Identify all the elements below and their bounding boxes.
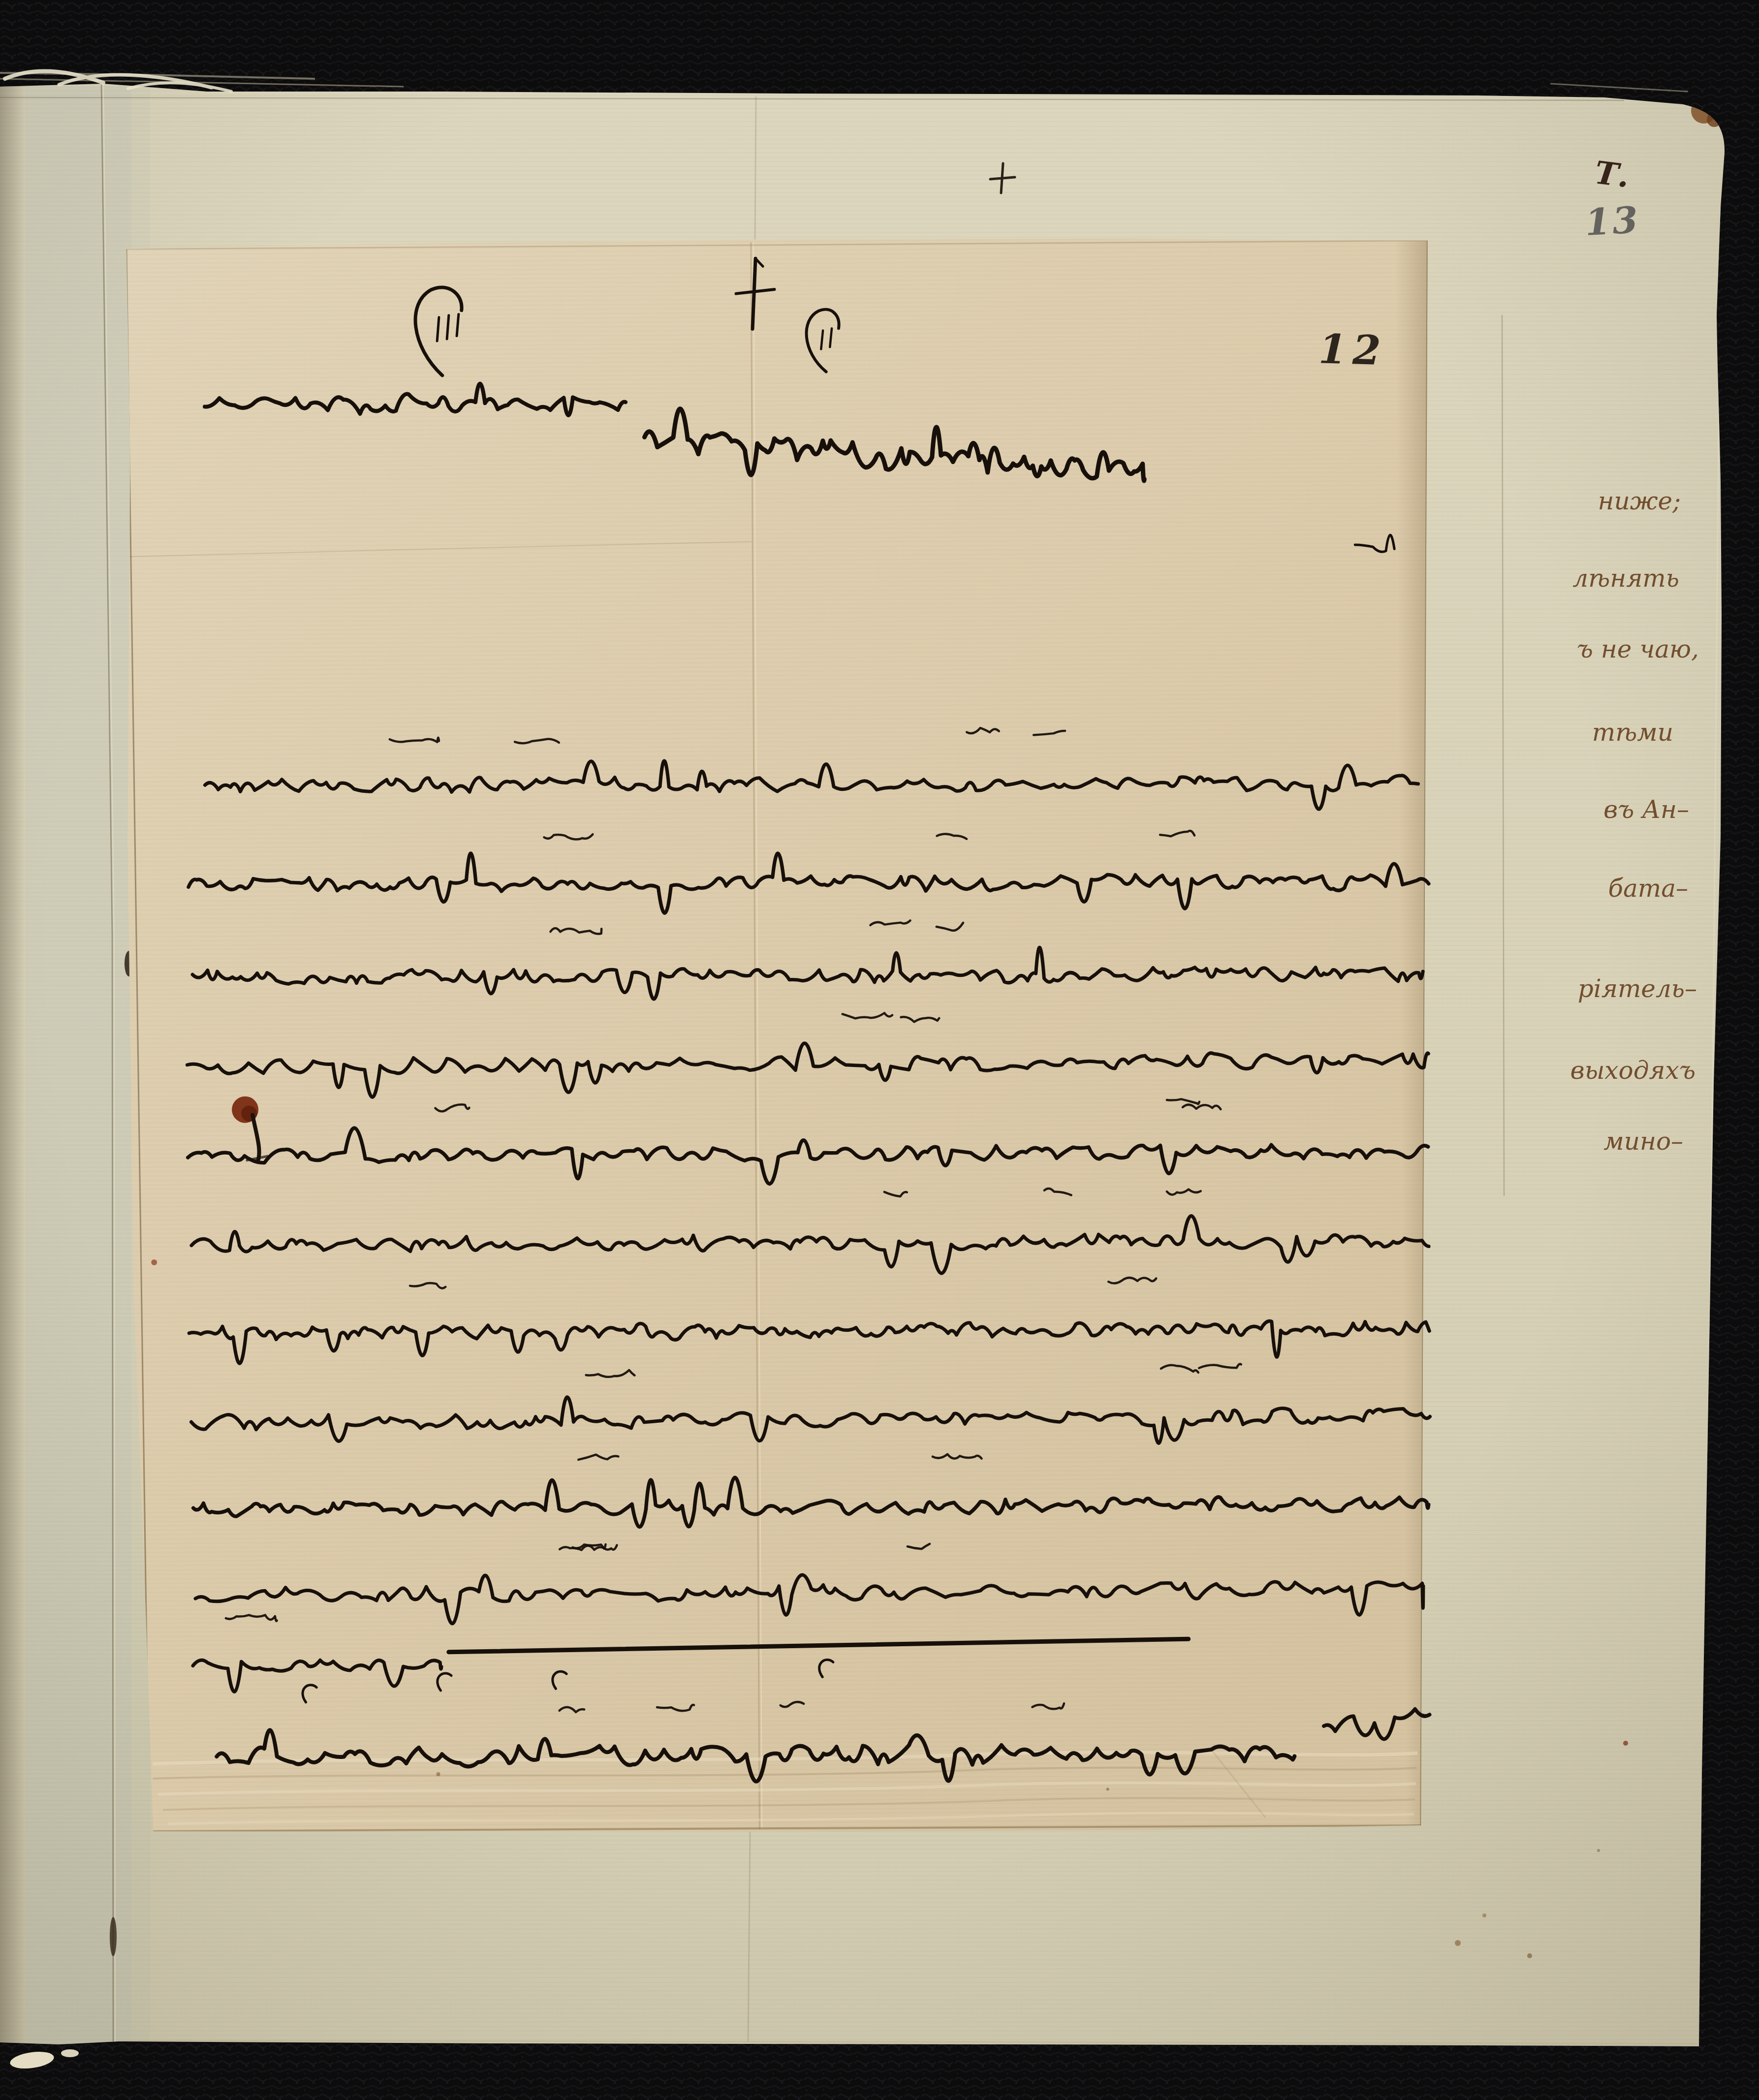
- manuscript-scene: Т. 13 ниже; лѣнять ъ не чаю, тѣми въ Ан–…: [0, 0, 1759, 2100]
- brown-speck: [1455, 1940, 1461, 1946]
- volume-letter-mark: Т.: [1593, 154, 1632, 195]
- facing-fragment: ріятель–: [1578, 974, 1697, 1003]
- brown-speck: [1106, 1787, 1109, 1790]
- brown-speck: [1597, 1849, 1600, 1852]
- paper-speck-on-cover: [61, 2049, 79, 2057]
- facing-fragment: тѣми: [1592, 718, 1673, 747]
- facing-fragment: бата–: [1608, 874, 1688, 903]
- facing-fragment: въ Ан–: [1603, 795, 1689, 824]
- gutter-shadow: [0, 84, 27, 2052]
- facing-fragment: ниже;: [1598, 487, 1681, 515]
- brown-speck: [1527, 1953, 1532, 1958]
- manuscript-photo: Т. 13 ниже; лѣнять ъ не чаю, тѣми въ Ан–…: [0, 0, 1759, 2100]
- brown-speck: [1482, 1913, 1486, 1917]
- tear-dark-sliver: [110, 1917, 117, 1956]
- mounted-letter: 12: [118, 224, 1448, 1846]
- facing-fragment: лѣнять: [1572, 564, 1679, 593]
- document-number: 12: [1318, 325, 1387, 375]
- folio-number: 13: [1584, 199, 1640, 244]
- red-speck: [151, 1259, 157, 1265]
- facing-fragment: мино–: [1603, 1127, 1683, 1156]
- left-margin-blue-band: [26, 87, 131, 2045]
- brown-speck: [436, 1772, 440, 1776]
- facing-fragment: ъ не чаю,: [1577, 635, 1699, 663]
- red-speck: [1623, 1741, 1628, 1746]
- facing-fragment: выходяхъ: [1571, 1056, 1696, 1085]
